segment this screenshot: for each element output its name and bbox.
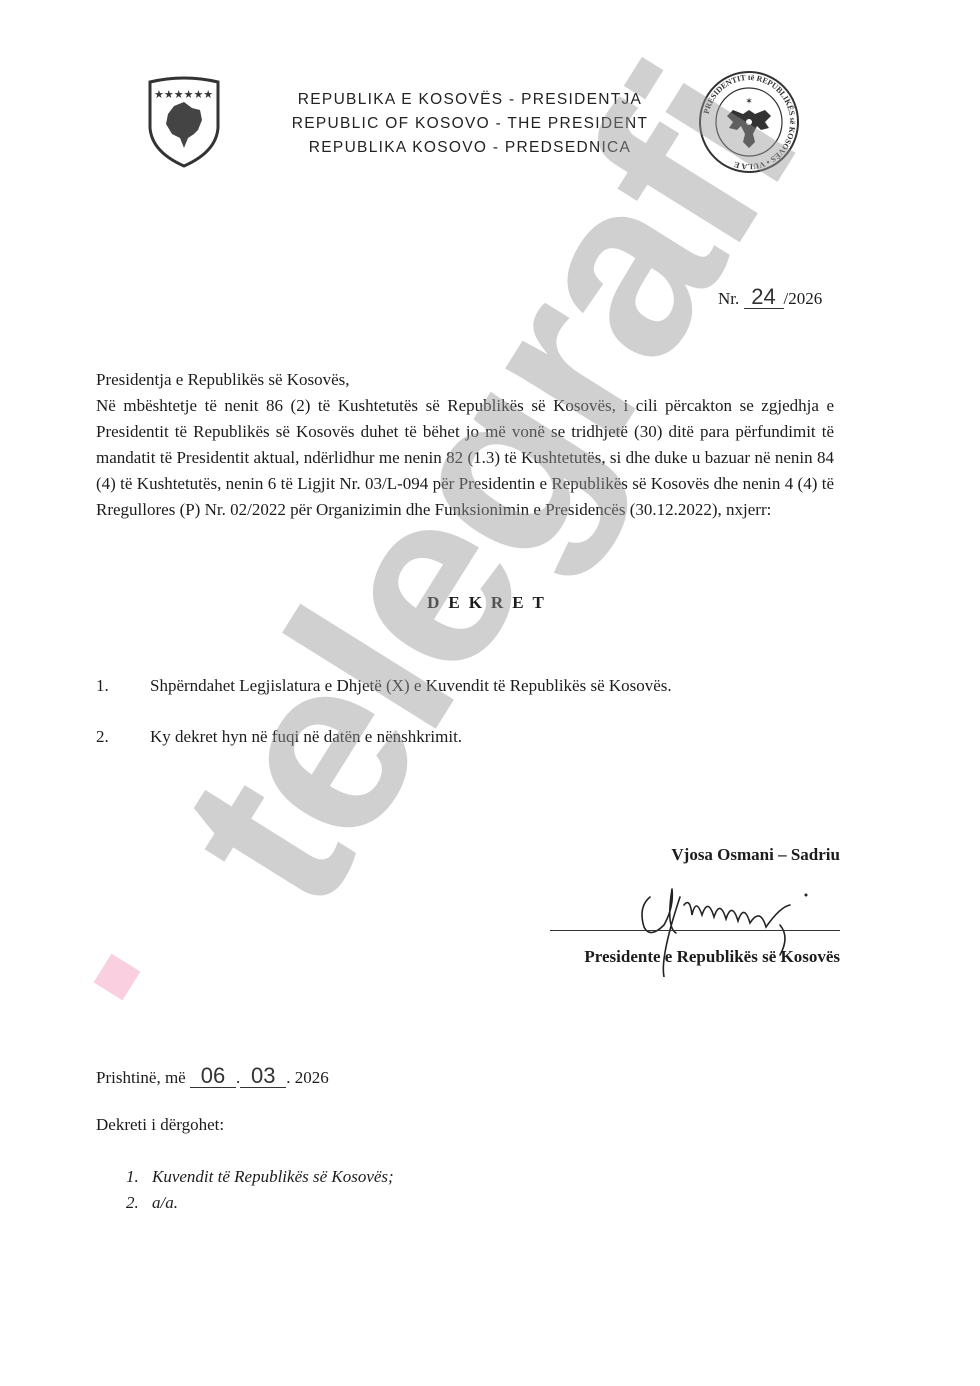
decree-number: Nr. 24/2026 [718,286,822,309]
letterhead-line-albanian: REPUBLIKA E KOSOVËS - PRESIDENTJA [240,88,700,112]
date-month-handwritten: 03 [240,1065,286,1088]
letterhead-text: REPUBLIKA E KOSOVËS - PRESIDENTJA REPUBL… [240,88,700,160]
presidential-seal-icon: PRESIDENTIT të REPUBLIKËS së KOSOVËS • V… [697,70,801,174]
distribution-label: Dekreti i dërgohet: [96,1115,224,1135]
article-2: 2.Ky dekret hyn në fuqi në datën e nënsh… [96,727,462,747]
article-text: Ky dekret hyn në fuqi në datën e nënshkr… [150,727,462,746]
article-number: 2. [96,727,150,747]
distribution-item-text: Kuvendit të Republikës së Kosovës; [152,1167,394,1186]
letterhead-line-english: REPUBLIC OF KOSOVO - THE PRESIDENT [240,112,700,136]
letterhead-line-serbian: REPUBLIKA KOSOVO - PREDSEDNICA [240,136,700,160]
decree-number-year: /2026 [784,289,823,308]
svg-text:★★★★★★: ★★★★★★ [154,88,213,101]
addressee: Presidentja e Republikës së Kosovës, [96,367,834,393]
article-1: 1.Shpërndahet Legjislatura e Dhjetë (X) … [96,676,672,696]
place-label: Prishtinë, më [96,1068,186,1087]
distribution-item-text: a/a. [152,1193,178,1212]
place-and-date: Prishtinë, më 06.03. 2026 [96,1065,329,1088]
article-number: 1. [96,676,150,696]
preamble: Presidentja e Republikës së Kosovës, Në … [96,367,834,523]
svg-text:✶: ✶ [745,96,753,106]
signatory-title: Presidente e Republikës së Kosovës [584,947,840,967]
signatory-name: Vjosa Osmani – Sadriu [540,845,840,865]
distribution-item-number: 2. [126,1190,152,1216]
date-day-handwritten: 06 [190,1065,236,1088]
document-title: DEKRET [0,593,980,613]
decree-number-handwritten: 24 [744,286,784,309]
decree-number-prefix: Nr. [718,289,739,308]
watermark-dot [94,954,141,1001]
distribution-item-number: 1. [126,1164,152,1190]
coat-of-arms-icon: ★★★★★★ [146,76,222,168]
signature-line [550,930,840,931]
distribution-item: 2.a/a. [126,1190,394,1216]
letterhead: ★★★★★★ REPUBLIKA E KOSOVËS - PRESIDENTJA… [0,0,980,200]
distribution-item: 1.Kuvendit të Republikës së Kosovës; [126,1164,394,1190]
signature-block: Vjosa Osmani – Sadriu Presidente e Repub… [540,845,840,865]
legal-basis-paragraph: Në mbështetje të nenit 86 (2) të Kushtet… [96,393,834,523]
distribution-list: 1.Kuvendit të Republikës së Kosovës; 2.a… [126,1164,394,1216]
date-year: . 2026 [286,1068,329,1087]
article-text: Shpërndahet Legjislatura e Dhjetë (X) e … [150,676,672,695]
